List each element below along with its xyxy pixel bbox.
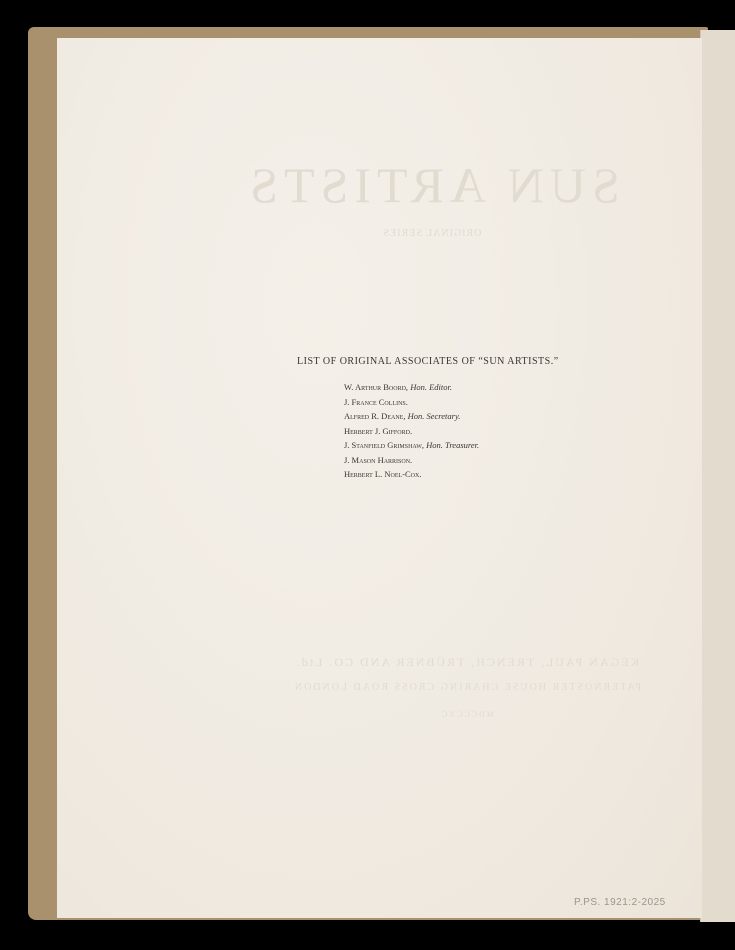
list-item: J. Mason Harrison. bbox=[344, 453, 479, 468]
bleed-through-subtitle: ORIGINAL SERIES bbox=[357, 228, 507, 239]
bleed-through-line: KEGAN PAUL, TRENCH, TRÜBNER AND CO. Ltd. bbox=[277, 655, 657, 670]
bleed-through-line: MDCCCXC bbox=[277, 710, 657, 719]
list-item: Alfred R. Deane, Hon. Secretary. bbox=[344, 409, 479, 424]
page: SUN ARTISTS ORIGINAL SERIES KEGAN PAUL, … bbox=[57, 38, 702, 918]
bleed-through-line: PATERNOSTER HOUSE CHARING CROSS ROAD LON… bbox=[277, 682, 657, 693]
list-item: Herbert J. Gifford. bbox=[344, 424, 479, 439]
list-item: J. Stanfield Grimshaw, Hon. Treasurer. bbox=[344, 438, 479, 453]
associates-list: W. Arthur Boord, Hon. Editor. J. France … bbox=[344, 380, 479, 482]
list-item: W. Arthur Boord, Hon. Editor. bbox=[344, 380, 479, 395]
bleed-through-title: SUN ARTISTS bbox=[242, 156, 622, 214]
list-item: Herbert L. Noel-Cox. bbox=[344, 467, 479, 482]
accession-number: P.PS. 1921:2-2025 bbox=[574, 897, 666, 908]
list-item: J. France Collins. bbox=[344, 395, 479, 410]
page-heading: LIST OF ORIGINAL ASSOCIATES OF “SUN ARTI… bbox=[297, 356, 559, 367]
right-page-edge bbox=[700, 30, 735, 922]
